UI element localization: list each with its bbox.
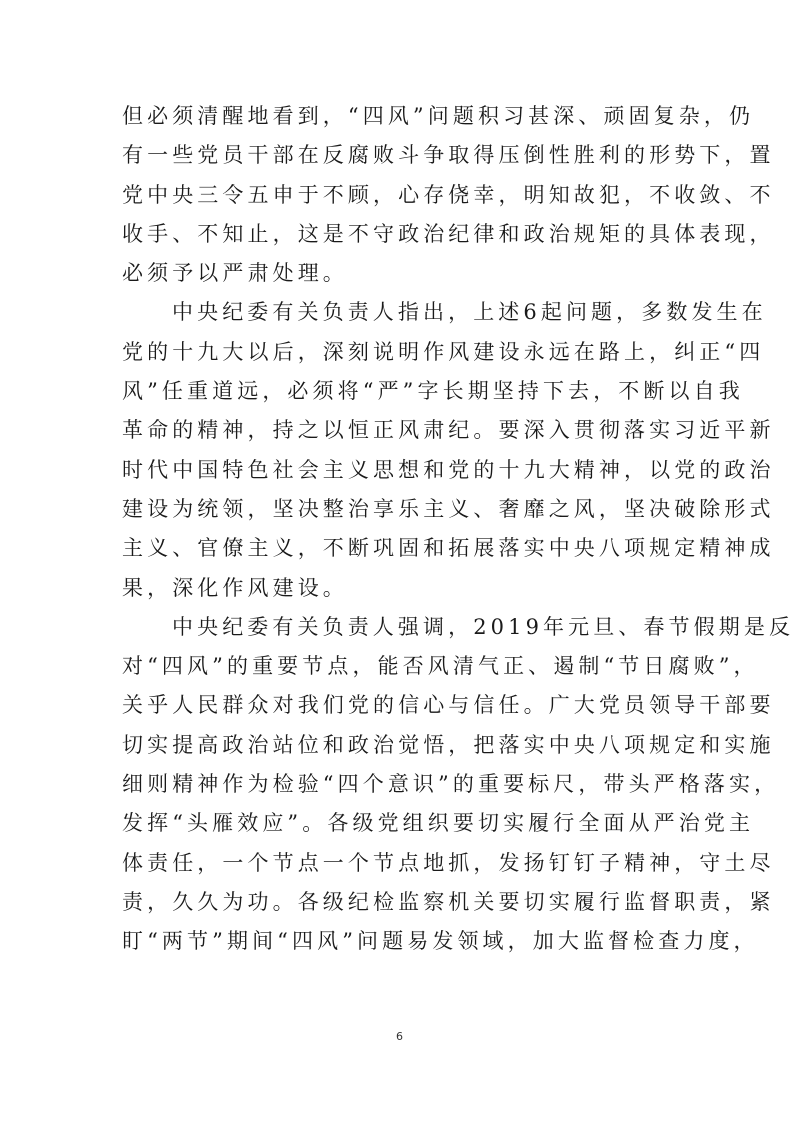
text-line: 切实提高政治站位和政治觉悟，把落实中央八项规定和实施 bbox=[122, 726, 678, 765]
text-line: 主义、官僚主义，不断巩固和拓展落实中央八项规定精神成 bbox=[122, 529, 678, 568]
text-line: 党中央三令五申于不顾，心存侥幸，明知故犯，不收敛、不 bbox=[122, 176, 678, 215]
text-line: 革命的精神，持之以恒正风肃纪。要深入贯彻落实习近平新 bbox=[122, 411, 678, 450]
paragraph-3: 中央纪委有关负责人强调，2019年元旦、春节假期是反 对“四风”的重要节点，能否… bbox=[122, 608, 682, 962]
text-line: 有一些党员干部在反腐败斗争取得压倒性胜利的形势下，置 bbox=[122, 136, 678, 175]
text-line: 盯“两节”期间“四风”问题易发领域，加大监督检查力度， bbox=[122, 922, 678, 961]
text-line: 时代中国特色社会主义思想和党的十九大精神，以党的政治 bbox=[122, 451, 678, 490]
text-line: 必须予以严肃处理。 bbox=[122, 254, 678, 293]
text-line: 责，久久为功。各级纪检监察机关要切实履行监督职责，紧 bbox=[122, 883, 678, 922]
text-line: 中央纪委有关负责人指出，上述6起问题，多数发生在 bbox=[122, 293, 678, 332]
text-line: 细则精神作为检验“四个意识”的重要标尺，带头严格落实， bbox=[122, 765, 678, 804]
text-line: 体责任，一个节点一个节点地抓，发扬钉钉子精神，守土尽 bbox=[122, 844, 678, 883]
text-line: 中央纪委有关负责人强调，2019年元旦、春节假期是反 bbox=[122, 608, 678, 647]
text-line: 对“四风”的重要节点，能否风清气正、遏制“节日腐败”， bbox=[122, 647, 678, 686]
text-line: 收手、不知止，这是不守政治纪律和政治规矩的具体表现， bbox=[122, 215, 678, 254]
text-line: 发挥“头雁效应”。各级党组织要切实履行全面从严治党主 bbox=[122, 804, 678, 843]
body-text: 但必须清醒地看到，“四风”问题积习甚深、顽固复杂，仍 有一些党员干部在反腐败斗争… bbox=[122, 97, 682, 962]
text-line: 风”任重道远，必须将“严”字长期坚持下去，不断以自我 bbox=[122, 372, 678, 411]
text-line: 党的十九大以后，深刻说明作风建设永远在路上，纠正“四 bbox=[122, 333, 678, 372]
page-number: 6 bbox=[0, 1030, 799, 1043]
text-line: 果，深化作风建设。 bbox=[122, 569, 678, 608]
paragraph-1: 但必须清醒地看到，“四风”问题积习甚深、顽固复杂，仍 有一些党员干部在反腐败斗争… bbox=[122, 97, 682, 293]
text-line: 关乎人民群众对我们党的信心与信任。广大党员领导干部要 bbox=[122, 686, 678, 725]
text-line: 建设为统领，坚决整治享乐主义、奢靡之风，坚决破除形式 bbox=[122, 490, 678, 529]
document-page: 但必须清醒地看到，“四风”问题积习甚深、顽固复杂，仍 有一些党员干部在反腐败斗争… bbox=[0, 0, 799, 1131]
paragraph-2: 中央纪委有关负责人指出，上述6起问题，多数发生在 党的十九大以后，深刻说明作风建… bbox=[122, 293, 682, 607]
text-line: 但必须清醒地看到，“四风”问题积习甚深、顽固复杂，仍 bbox=[122, 97, 678, 136]
